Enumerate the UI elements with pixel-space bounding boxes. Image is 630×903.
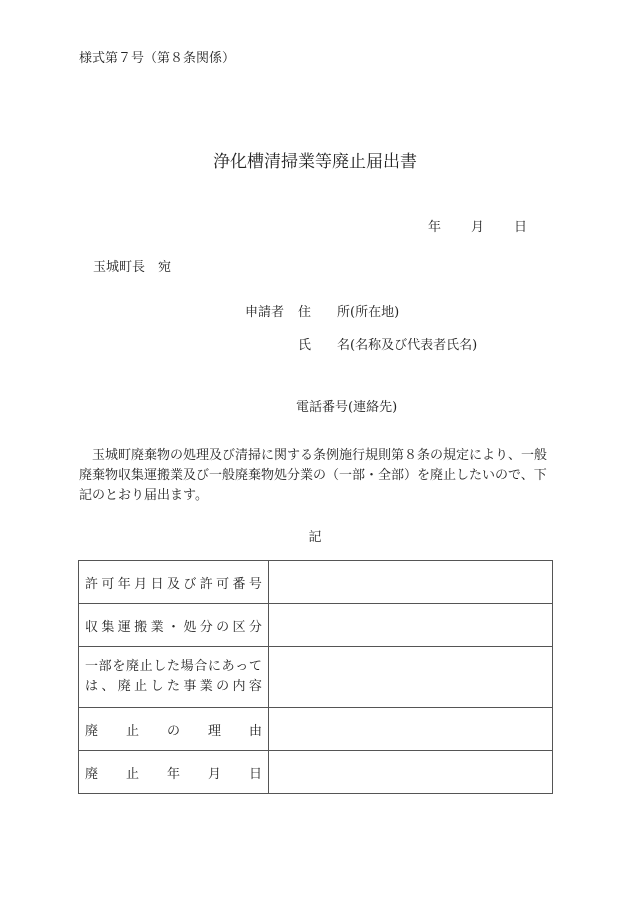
- row-label-line2: は、廃止した事業の内容: [85, 677, 262, 697]
- table-row: 許可年月日及び許可番号: [79, 561, 553, 604]
- name-label: 氏 名(名称及び代表者氏名): [298, 334, 477, 353]
- date-day-label: 日: [514, 216, 527, 235]
- row-label: 廃止年月日: [85, 763, 262, 782]
- permit-date-number-field[interactable]: [269, 561, 553, 604]
- abolition-reason-field[interactable]: [269, 708, 553, 751]
- table-row: 収集運搬業・処分の区分: [79, 604, 553, 647]
- document-title: 浄化槽清掃業等廃止届出書: [0, 147, 630, 172]
- row-label: 廃止の理由: [85, 720, 262, 739]
- row-label: 収集運搬業・処分の区分: [85, 616, 262, 635]
- address-label: 住 所(所在地): [298, 301, 399, 320]
- table-row: 一部を廃止した場合にあって は、廃止した事業の内容: [79, 647, 553, 708]
- row-label-line1: 一部を廃止した場合にあって: [85, 657, 262, 677]
- row-label: 許可年月日及び許可番号: [85, 573, 262, 592]
- abolition-date-field[interactable]: [269, 751, 553, 794]
- business-type-field[interactable]: [269, 604, 553, 647]
- addressee: 玉城町長 宛: [93, 256, 171, 275]
- phone-label: 電話番号(連絡先): [296, 396, 397, 415]
- abolition-reason-label: 廃止の理由: [79, 708, 269, 751]
- table-row: 廃止の理由: [79, 708, 553, 751]
- permit-date-number-label: 許可年月日及び許可番号: [79, 561, 269, 604]
- ki-heading: 記: [0, 526, 630, 545]
- table-row: 廃止年月日: [79, 751, 553, 794]
- body-paragraph: 玉城町廃棄物の処理及び清掃に関する条例施行規則第８条の規定により、一般廃棄物収集…: [79, 446, 557, 506]
- partial-abolition-label: 一部を廃止した場合にあって は、廃止した事業の内容: [79, 647, 269, 708]
- abolition-date-label: 廃止年月日: [79, 751, 269, 794]
- date-month-label: 月: [471, 216, 484, 235]
- details-table: 許可年月日及び許可番号 収集運搬業・処分の区分 一部を廃止した場合にあって は、…: [78, 560, 553, 794]
- business-type-label: 収集運搬業・処分の区分: [79, 604, 269, 647]
- applicant-label: 申請者: [245, 301, 284, 320]
- form-number: 様式第７号（第８条関係）: [79, 47, 235, 66]
- date-year-label: 年: [428, 216, 441, 235]
- date-line: 年月日: [428, 216, 527, 235]
- partial-abolition-field[interactable]: [269, 647, 553, 708]
